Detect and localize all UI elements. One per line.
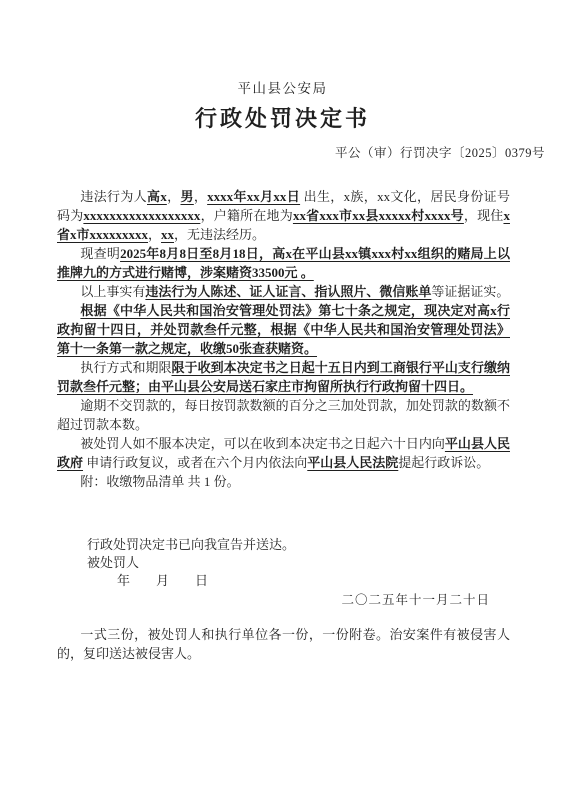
text-segment: xx省xxx市xx县xxxxx村xxxx号 — [293, 208, 464, 223]
body-paragraphs: 违法行为人高x，男，xxxx年xx月xx日 出生，x族，xx文化，居民身份证号码… — [57, 187, 510, 491]
served-statement: 行政处罚决定书已向我宣告并送达。 — [57, 536, 510, 554]
text-segment: 平山县人民法院 — [307, 455, 398, 470]
text-segment: 2025年8月8日至8月18日，高x在平山县xx镇xxx村xx组织的赌局上以推牌… — [57, 246, 510, 280]
text-segment: 现查明 — [80, 246, 120, 261]
text-segment: 违法行为人 — [80, 189, 147, 204]
paragraph-appeal: 被处罚人如不服本决定，可以在收到本决定书之日起六十日内向平山县人民政府 申请行政… — [57, 434, 510, 472]
text-segment: xxxx年xx月xx日 — [207, 189, 300, 204]
issuing-agency: 平山县公安局 — [0, 0, 565, 97]
paragraph-evidence: 以上事实有违法行为人陈述、证人证言、指认照片、微信账单等证据证实。 — [57, 282, 510, 301]
issue-date: 二〇二五年十一月二十日 — [57, 591, 510, 609]
text-segment: ， — [194, 189, 207, 204]
text-segment: 提起行政诉讼。 — [398, 455, 489, 470]
text-segment: xxxxxxxxxxxxxxxxxx — [83, 208, 200, 223]
paragraph-party-info: 违法行为人高x，男，xxxx年xx月xx日 出生，x族，xx文化，居民身份证号码… — [57, 187, 510, 244]
text-segment: 等证据证实。 — [431, 284, 509, 299]
text-segment: 违法行为人陈述、证人证言、指认照片、微信账单 — [145, 284, 431, 299]
paragraph-decision: 根据《中华人民共和国治安管理处罚法》第七十条之规定，现决定对高x行政拘留十四日，… — [57, 301, 510, 358]
closing-section: 行政处罚决定书已向我宣告并送达。 被处罚人 年 月 日 二〇二五年十一月二十日 — [57, 536, 510, 609]
signature-date-blanks: 年 月 日 — [57, 572, 510, 590]
document-number: 平公（审）行罚决字〔2025〕0379号 — [0, 143, 565, 161]
document-title: 行政处罚决定书 — [0, 102, 565, 133]
text-segment: 根据《中华人民共和国治安管理处罚法》第七十条之规定，现决定对高x行政拘留十四日，… — [57, 303, 510, 356]
paragraph-execution: 执行方式和期限限于收到本决定书之日起十五日内到工商银行平山支行缴纳罚款叁仟元整；… — [57, 358, 510, 396]
text-segment: 高x — [147, 189, 167, 204]
text-segment: 申请行政复议，或者在六个月内依法向 — [83, 455, 307, 470]
text-segment: ， — [167, 189, 181, 204]
text-segment: 男 — [180, 189, 193, 204]
signer-label: 被处罚人 — [57, 554, 510, 572]
text-segment: xx — [161, 227, 174, 242]
text-segment: ， — [148, 227, 161, 242]
text-segment: ，无违法经历。 — [174, 227, 265, 242]
paragraph-late-penalty: 逾期不交罚款的，每日按罚款数额的百分之三加处罚款，加处罚款的数额不超过罚款本数。 — [57, 396, 510, 434]
text-segment: 附：收缴物品清单 共 1 份。 — [80, 474, 239, 489]
text-segment: 执行方式和期限 — [80, 360, 171, 375]
paragraph-facts: 现查明2025年8月8日至8月18日，高x在平山县xx镇xxx村xx组织的赌局上… — [57, 244, 510, 282]
text-segment: 逾期不交罚款的，每日按罚款数额的百分之三加处罚款，加处罚款的数额不超过罚款本数。 — [57, 398, 510, 432]
text-segment: 以上事实有 — [80, 284, 145, 299]
text-segment: ，户籍所在地为 — [200, 208, 293, 223]
paragraph-attachment: 附：收缴物品清单 共 1 份。 — [57, 472, 510, 491]
text-segment: ，现住 — [464, 208, 504, 223]
distribution-note: 一式三份，被处罚人和执行单位各一份，一份附卷。治安案件有被侵害人的，复印送达被侵… — [57, 625, 510, 663]
text-segment: 被处罚人如不服本决定，可以在收到本决定书之日起六十日内向 — [80, 436, 445, 451]
document-page: 平山县公安局 行政处罚决定书 平公（审）行罚决字〔2025〕0379号 违法行为… — [0, 0, 565, 800]
